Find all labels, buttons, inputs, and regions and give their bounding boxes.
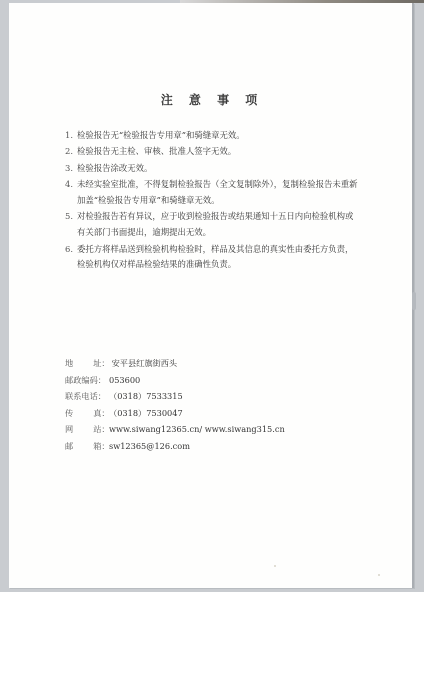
contact-phone: 联系电话：（0318）7533315 (65, 388, 325, 405)
notice-number: 6. (65, 242, 73, 258)
fax-value: （0318）7530047 (109, 408, 183, 418)
notice-item: 6. 委托方将样品送到检验机构检验时，样品及其信息的真实性由委托方负责， 检验机… (65, 242, 385, 274)
contact-email: 邮箱： sw12365@126.com (65, 438, 325, 455)
phone-value: （0318）7533315 (109, 391, 183, 401)
notice-item: 4. 未经实验室批准，不得复制检验报告（全文复制除外），复制检验报告未重新 加盖… (65, 177, 385, 209)
notice-number: 5. (65, 209, 73, 225)
notice-text: 对检验报告若有异议，应于收到检验报告或结果通知十五日内向检验机构或 有关部门书面… (77, 209, 385, 241)
address-label-part: 地 (65, 355, 73, 372)
notice-text: 委托方将样品送到检验机构检验时，样品及其信息的真实性由委托方负责， 检验机构仅对… (77, 242, 385, 274)
phone-label: 联系电话： (65, 388, 109, 405)
notice-list: 1. 检验报告无“检验报告专用章”和骑缝章无效。 2. 检验报告无主检、审核、批… (65, 128, 385, 274)
scan-speck (378, 574, 380, 576)
address-label: 地址： (65, 355, 109, 372)
website-label-part: 网 (65, 421, 73, 438)
website-label-part: 站： (93, 421, 109, 438)
email-label-part: 箱： (93, 438, 109, 455)
notice-text: 未经实验室批准，不得复制检验报告（全文复制除外），复制检验报告未重新 加盖“检验… (77, 177, 385, 209)
notice-text: 检验报告涂改无效。 (77, 161, 385, 177)
contact-website: 网站： www.siwang12365.cn/ www.siwang315.cn (65, 421, 325, 438)
address-label-part: 址： (93, 355, 109, 372)
scan-speck (274, 565, 276, 567)
email-label-part: 邮 (65, 438, 73, 455)
email-label: 邮箱： (65, 438, 109, 455)
notice-item: 1. 检验报告无“检验报告专用章”和骑缝章无效。 (65, 128, 385, 144)
notice-text: 检验报告无“检验报告专用章”和骑缝章无效。 (77, 128, 385, 144)
postcode-label: 邮政编码： (65, 372, 109, 389)
contact-postcode: 邮政编码：053600 (65, 372, 325, 389)
notice-item: 3. 检验报告涂改无效。 (65, 161, 385, 177)
website-value: www.siwang12365.cn/ www.siwang315.cn (109, 424, 285, 434)
email-value: sw12365@126.com (109, 441, 190, 451)
address-value: 安平县红旗街西头 (112, 358, 178, 368)
notice-text: 检验报告无主检、审核、批准人签字无效。 (77, 144, 385, 160)
contact-fax: 传真： （0318）7530047 (65, 405, 325, 422)
notice-number: 1. (65, 128, 73, 144)
postcode-value: 053600 (109, 375, 140, 385)
contact-address: 地址： 安平县红旗街西头 (65, 355, 325, 372)
page-title: 注 意 事 项 (0, 91, 424, 108)
notice-number: 3. (65, 161, 73, 177)
fax-label-part: 传 (65, 405, 73, 422)
notice-number: 2. (65, 144, 73, 160)
notice-item: 2. 检验报告无主检、审核、批准人签字无效。 (65, 144, 385, 160)
page-notch (412, 292, 416, 310)
notice-item: 5. 对检验报告若有异议，应于收到检验报告或结果通知十五日内向检验机构或 有关部… (65, 209, 385, 241)
fax-label: 传真： (65, 405, 109, 422)
website-label: 网站： (65, 421, 109, 438)
contact-block: 地址： 安平县红旗街西头 邮政编码：053600 联系电话：（0318）7533… (65, 355, 325, 455)
fax-label-part: 真： (93, 405, 109, 422)
notice-number: 4. (65, 177, 73, 193)
